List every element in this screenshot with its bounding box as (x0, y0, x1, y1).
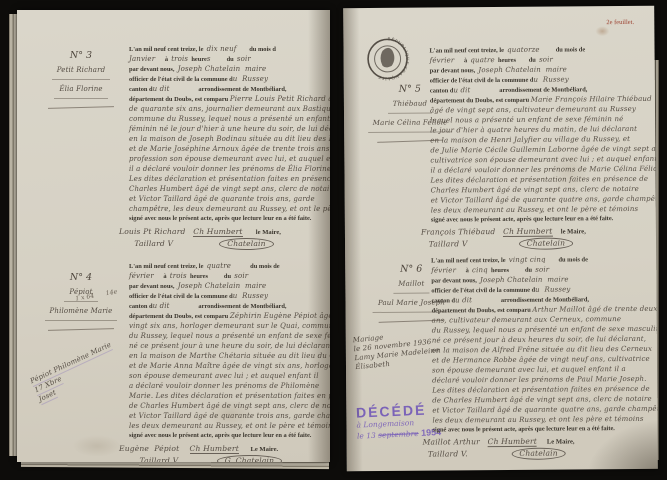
text-segment: du mois de (546, 256, 588, 263)
text-segment: et de Marie Anna Maître âgée de vingt si… (129, 362, 330, 370)
text-line: du Russey, lequel nous a présenté un enf… (129, 331, 329, 341)
text-segment: et de Marie Joséphine Arnoux âgée de tre… (129, 145, 330, 153)
text-segment: canton d (430, 87, 454, 94)
text-segment: u dit (153, 302, 170, 310)
text-segment: Le Maire. (239, 446, 278, 453)
text-line: profession son épouse demeurant avec lui… (129, 154, 329, 164)
text-segment: Ch Humbert (503, 227, 552, 237)
text-segment: à (154, 273, 170, 280)
text-segment: le Maire, (243, 229, 281, 236)
text-segment: son épouse demeurant avec lui ; et auque… (129, 372, 319, 380)
text-line: et de Marie Anna Maître âgée de vingt si… (129, 361, 329, 371)
text-segment: du mois de (231, 263, 280, 270)
text-line: Taillard V G. Chatelain (119, 455, 329, 462)
acte5-signatures: François Thiébaud Ch Humbert le Maire, T… (421, 225, 647, 251)
deceased-date-struck: septembre (378, 429, 419, 440)
text-line: par devant nous, Joseph Chatelain maire (129, 281, 329, 291)
left-page: N° 3 Petit RichardÉlia Florine L'an mil … (17, 10, 330, 462)
text-segment: Chatelain (519, 237, 573, 249)
text-segment: par devant nous, (430, 67, 479, 74)
text-segment: du mois de (540, 46, 586, 53)
text-segment: a déclaré vouloir donner les prénoms de … (129, 382, 319, 390)
acte6-text: L'an mil neuf cent treize, le vingt cinq… (431, 254, 650, 436)
text-line: de Charles Humbert âgé de vingt sept ans… (129, 401, 329, 411)
text-segment: dix neuf (207, 45, 237, 53)
acte5-text: L'an mil neuf cent treize, le quatorze d… (429, 44, 648, 226)
text-line: Louis Pt Richard Ch Humbert le Maire, (119, 226, 329, 238)
text-segment: Joseph Chatelain maire (480, 275, 569, 284)
text-segment: Élisabeth (355, 360, 390, 371)
text-segment: François Thiébaud (421, 227, 503, 237)
text-segment: du (516, 57, 539, 64)
text-segment: et de Hermance Robbe âgée de vingt neuf … (432, 355, 650, 365)
text-segment: Pierre Louis Petit Richard âgé (230, 95, 330, 103)
text-segment: L'an mil neuf cent treize, le (129, 263, 207, 270)
text-segment: par devant nous, (129, 283, 178, 290)
text-segment: février (129, 272, 154, 280)
text-segment: le Maire, (552, 228, 585, 235)
text-segment: féminin né le jour d'hier à une heure du… (129, 125, 330, 133)
text-segment: Joseph Chatelain maire (178, 282, 267, 290)
text-segment: Ch Humbert (190, 444, 239, 454)
text-line: par devant nous, Joseph Chatelain maire (129, 64, 329, 74)
text-segment: en la maison de Joseph Bodinau située au… (129, 135, 330, 143)
text-segment: vingt six ans, horloger demeurant sur le… (129, 322, 330, 330)
text-segment: Charles Humbert âgé de vingt sept ans, c… (129, 185, 330, 193)
revenue-stamp-icon: RÉPUBLIQUE FRANÇAISE (363, 35, 411, 83)
text-line: L'an mil neuf cent treize, le quatre du … (129, 261, 329, 271)
text-segment: Arthur Maillot âgé de trente deux (532, 305, 657, 314)
text-segment: u dit (455, 296, 472, 304)
text-segment: signé avec nous le présent acte, après q… (129, 432, 311, 439)
acte6-signatures: Maillot Arthur Ch Humbert Le Maire, Tail… (423, 435, 649, 461)
text-segment: Marie. Les dites déclaration et présenta… (129, 392, 330, 400)
stamp-figure (380, 48, 394, 68)
text-line: canton du dit arrondissement de Montbéli… (129, 84, 329, 94)
text-segment: u Russey (233, 75, 268, 83)
text-segment: commune du Russey, lequel nous a présent… (129, 115, 330, 123)
text-line: les deux demeurant au Russey, et ont le … (129, 421, 329, 431)
text-segment: soir (535, 266, 549, 274)
text-segment: soir (539, 56, 553, 64)
text-segment: à (155, 56, 171, 63)
text-segment: né ce présent jour à deux heures du soir… (432, 335, 646, 345)
text-segment: âgé de vingt sept ans, cultivateur demeu… (430, 105, 636, 115)
text-segment: Les dites déclaration et présentation fa… (129, 175, 330, 183)
text-segment: Taillard V (119, 239, 219, 248)
text-line: et de Marie Joséphine Arnoux âgée de tre… (129, 144, 329, 154)
text-segment: u dit (453, 86, 470, 94)
text-segment: canton d (129, 86, 153, 93)
text-segment: cinq (472, 266, 488, 274)
text-segment: u dit (153, 85, 170, 93)
text-segment: Ch Humbert (193, 227, 242, 237)
paper-stain (72, 435, 122, 457)
text-segment: officier de l'état civil de la commune d (129, 293, 233, 300)
text-line: Petit Richard (52, 61, 111, 80)
foxing-spot (595, 26, 609, 36)
acte4-text: L'an mil neuf cent treize, le quatre du … (129, 261, 329, 441)
text-segment: du Russey, lequel nous a présenté un enf… (129, 332, 330, 340)
text-segment: Philomène Marie (50, 307, 113, 315)
text-segment: soir (237, 55, 251, 63)
text-segment: ans, cultivateur demeurant aux Cerneux, … (432, 315, 622, 324)
text-segment: Eugène Pépiot (119, 444, 190, 453)
text-segment: Charles Humbert âgé de vingt sept ans, c… (431, 185, 639, 195)
text-segment: Ch Humbert (488, 437, 537, 447)
text-segment: Maillot Arthur (423, 437, 488, 447)
text-line: canton du dit arrondissement de Montbéli… (129, 301, 329, 311)
text-segment: lequel nous a présenté un enfant de sexe… (430, 115, 623, 125)
text-line: de quarante six ans, journalier demeuran… (129, 104, 329, 114)
acte3-number: N° 3 (33, 50, 129, 61)
text-segment: signé avec nous le présent acte, après q… (129, 215, 311, 222)
text-segment: u Russey (533, 75, 568, 83)
text-segment: L'an mil neuf cent treize, le (429, 47, 507, 55)
text-line: commune du Russey, lequel nous a présent… (129, 114, 329, 124)
text-segment: et Victor Taillard âgé de quarante trois… (129, 195, 315, 203)
text-segment: de quarante six ans, journalier demeuran… (129, 105, 330, 113)
text-segment: Chatelain (219, 238, 273, 250)
text-segment: département du Doubs, est comparu (129, 313, 230, 320)
text-line: officier de l'état civil de la commune d… (129, 74, 329, 84)
text-segment: L'an mil neuf cent treize, le (129, 46, 207, 53)
text-segment: Joseph Chatelain maire (178, 65, 267, 73)
text-line: département du Doubs, est comparu Zéphir… (129, 311, 329, 321)
text-segment: arrondissement de Montbéliard, (470, 86, 587, 94)
text-segment: en la maison de Marthe Chétaria située a… (129, 352, 330, 360)
text-segment: Taillard V (421, 239, 519, 249)
text-segment: arrondissement de Montbéliard, (472, 296, 589, 304)
text-segment: les deux demeurant au Russey, et ont les… (432, 415, 643, 425)
margin-rule (48, 328, 114, 331)
text-segment: du (509, 267, 535, 274)
text-line: Maillot (393, 275, 429, 294)
text-segment: Thiébaud (393, 100, 427, 108)
text-segment: du (211, 56, 237, 63)
text-line: né ce présent jour à une heure du soir, … (129, 341, 329, 351)
text-line: officier de l'état civil de la commune d… (129, 291, 329, 301)
text-segment: par devant nous, (129, 66, 178, 73)
text-line: et Victor Taillard âgé de quarante trois… (129, 194, 329, 204)
text-line: Eugène Pépiot Ch Humbert Le Maire. (119, 443, 329, 455)
text-segment: trois (171, 55, 188, 63)
text-line: Janvier à trois heures du soir (129, 54, 329, 64)
text-segment: vingt cinq (509, 256, 546, 264)
text-segment: le jour d'hier à quatre heures du matin,… (430, 125, 637, 135)
text-segment: son épouse demeurant avec lui, et auquel… (432, 365, 626, 375)
text-segment: L'an mil neuf cent treize, le (431, 257, 509, 265)
text-segment: département du Doubs, est comparu (430, 97, 531, 105)
text-segment: trois (170, 272, 187, 280)
text-line: février à trois heures du soir (129, 271, 329, 281)
text-segment: Zéphirin Eugène Pépiot âgé de (230, 312, 330, 320)
text-segment: à (456, 267, 472, 274)
text-segment: en la maison de Henri Jalyfier au villag… (430, 135, 630, 145)
text-line: Marie. Les dites déclaration et présenta… (129, 391, 329, 401)
text-segment: heures (495, 57, 516, 64)
text-segment: canton d (129, 303, 153, 310)
text-segment: arrondissement de Montbéliard, (170, 303, 287, 310)
text-segment: par devant nous, (431, 277, 480, 284)
text-line: Taillard V Chatelain (119, 238, 329, 250)
acte3-margin-names: Petit RichardÉlia Florine (33, 61, 129, 99)
text-line: en la maison de Joseph Bodinau située au… (129, 134, 329, 144)
text-segment: Louis Pt Richard (119, 227, 193, 236)
acte3-text: L'an mil neuf cent treize, le dix neuf d… (129, 44, 329, 224)
text-line: féminin né le jour d'hier à une heure du… (129, 124, 329, 134)
text-segment: Chatelain (511, 447, 565, 459)
text-segment: à (454, 57, 470, 64)
text-line: signé avec nous le présent acte, après q… (432, 424, 650, 436)
acte4-signatures: Eugène Pépiot Ch Humbert Le Maire. Taill… (119, 443, 329, 462)
text-segment: canton d (431, 297, 455, 304)
text-segment: u Russey (535, 285, 570, 293)
text-line: en la maison de Marthe Chétaria située a… (129, 351, 329, 361)
text-segment: signé avec nous le présent acte, après q… (432, 425, 614, 433)
text-segment: Pépiot Philomène Marie (29, 341, 113, 386)
text-segment: de Charles Humbert âgé de vingt sept ans… (129, 402, 330, 410)
text-line: signé avec nous le présent acte, après q… (431, 214, 649, 226)
deceased-date-pre: le 13 (357, 431, 379, 441)
text-segment: février (430, 56, 455, 64)
text-line: et Victor Taillard âgé de quarante trois… (129, 411, 329, 421)
text-line: signé avec nous le présent acte, après q… (129, 214, 329, 224)
text-segment: heures (187, 273, 208, 280)
text-segment: heures (488, 267, 509, 274)
text-segment: quatre (207, 262, 231, 270)
text-segment: quatre (470, 56, 494, 64)
text-line: vingt six ans, horloger demeurant sur le… (129, 321, 329, 331)
text-segment: Les dites déclaration et présentation fa… (431, 175, 649, 185)
text-line: Taillard V. Chatelain (423, 447, 649, 461)
text-segment: les deux demeurant au Russey, et ont le … (129, 422, 330, 430)
text-segment: département du Doubs, est comparu (129, 96, 230, 103)
text-segment: Maillot (398, 280, 424, 288)
text-segment: né ce présent jour à une heure du soir, … (129, 342, 330, 350)
text-segment: heure (188, 56, 207, 63)
acte6-deceased-stamp: DÉCÉDÉ à Longemaison le 13 septembre 195… (356, 401, 442, 441)
folio-label: 2e feuillet. (606, 19, 634, 26)
text-line: département du Doubs, est comparu Pierre… (129, 94, 329, 104)
text-segment: Élia Florine (59, 85, 102, 93)
text-line: Thiébaud (388, 95, 433, 114)
text-segment: les deux demeurant au Russey, et ont le … (431, 205, 638, 215)
text-segment: déclaré vouloir donner les prénoms de Pa… (432, 375, 646, 385)
text-line: Charles Humbert âgé de vingt sept ans, c… (129, 184, 329, 194)
text-line: signé avec nous le présent acte, après q… (129, 431, 329, 441)
text-line: L'an mil neuf cent treize, le dix neuf d… (129, 44, 329, 54)
text-segment: arrondissement de Montbéliard, (170, 86, 287, 93)
text-segment: Les dites déclaration et présentation fa… (432, 385, 650, 395)
text-segment: officier de l'état civil de la commune d (431, 287, 535, 295)
text-segment: département du Doubs, est comparu (432, 307, 533, 315)
text-segment: Petit Richard (57, 66, 106, 74)
acte3-margin: N° 3 Petit RichardÉlia Florine (33, 50, 129, 108)
text-segment: Le Maire, (537, 438, 575, 445)
text-segment: il a déclaré vouloir donner les prénoms … (129, 165, 330, 173)
text-line: Taillard V Chatelain (421, 237, 647, 251)
text-segment: officier de l'état civil de la commune d (430, 77, 534, 85)
text-line: Philomène Marie (45, 302, 118, 321)
text-line: Élia Florine (54, 80, 107, 99)
civil-register-scan: N° 3 Petit RichardÉlia Florine L'an mil … (0, 0, 667, 480)
text-segment: février (431, 266, 456, 274)
text-segment: du mois d (236, 46, 275, 53)
text-segment: soir (234, 272, 248, 280)
text-segment: et Victor Taillard âgé de quarante trois… (129, 412, 330, 420)
text-segment: profession son épouse demeurant avec lui… (129, 155, 330, 163)
text-segment: du (208, 273, 234, 280)
text-segment: Taillard V. (423, 449, 512, 459)
text-line: il a déclaré vouloir donner les prénoms … (129, 164, 329, 174)
text-line: champêtre, les deux demeurant au Russey,… (129, 204, 329, 214)
text-segment: signé avec nous le présent acte, après q… (431, 215, 613, 223)
text-segment: quatorze (507, 46, 540, 54)
acte4-number: N° 4 (29, 272, 133, 283)
right-page: 2e feuillet. RÉPUBLIQUE FRANÇAISE N° 5 T… (343, 6, 658, 471)
text-line: Pépiot Philomène Marie (29, 341, 113, 387)
text-line: son épouse demeurant avec lui ; et auque… (129, 371, 329, 381)
text-segment: champêtre, les deux demeurant au Russey,… (129, 205, 330, 213)
text-segment: Janvier (129, 55, 155, 63)
acte3-signatures: Louis Pt Richard Ch Humbert le Maire, Ta… (119, 226, 329, 250)
text-line: a déclaré vouloir donner les prénoms de … (129, 381, 329, 391)
text-segment: Joseph Chatelain maire (478, 65, 567, 74)
text-segment: u Russey (233, 292, 268, 300)
text-segment: Taillard V (119, 456, 217, 462)
text-segment: officier de l'état civil de la commune d (129, 76, 233, 83)
acte4-margin-names: PépiotPhilomène Marie (29, 283, 133, 321)
text-segment: G. Chatelain (217, 455, 282, 462)
margin-rule (48, 106, 114, 109)
text-line: Les dites déclaration et présentation fa… (129, 174, 329, 184)
text-segment: Marie François Hilaire Thiébaud (531, 95, 652, 104)
